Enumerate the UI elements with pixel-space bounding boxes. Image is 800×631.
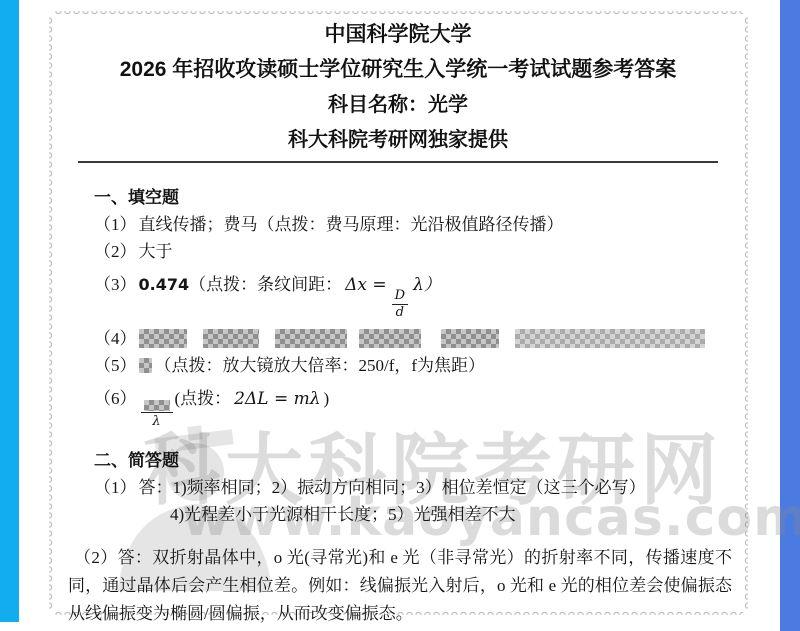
- item-number: （5）: [94, 356, 137, 375]
- fill-in-section-title: 一、填空题: [94, 185, 718, 211]
- short-answer-section: 二、简答题 （1）答：1)频率相同；2）振动方向相同；3）相位差恒定（这三个必写…: [94, 448, 718, 628]
- answer-label: 答：: [139, 478, 173, 497]
- short-answer-section-title: 二、简答题: [94, 448, 718, 474]
- item-number: （1）: [94, 215, 137, 234]
- formula-tail: λ）: [413, 275, 441, 295]
- perforation-border-top: [54, 11, 743, 18]
- item-text: 直线传播；费马（点拨：费马原理：光沿极值路径传播）: [139, 215, 564, 234]
- fraction-denominator: d: [396, 305, 404, 320]
- document-content: 中国科学院大学 2026 年招收攻读硕士学位研究生入学统一考试试题参考答案 科目…: [50, 20, 747, 628]
- short-item-1-line-1: （1）答：1)频率相同；2）振动方向相同；3）相位差恒定（这三个必写）: [94, 474, 718, 501]
- fill-item-3: （3）0.474（点拨：条纹间距：Δx =Ddλ）: [94, 271, 718, 319]
- redacted-block: [515, 329, 705, 348]
- item-number: （2）: [74, 548, 118, 567]
- formula-lhs: Δx =: [345, 275, 387, 295]
- short-item-2: （2）答：双折射晶体中，o 光(寻常光)和 e 光（非寻常光）的折射率不同，传播…: [68, 544, 732, 628]
- item-number: （1）: [94, 478, 137, 497]
- item-text: 大于: [139, 242, 173, 261]
- fraction-denominator: λ: [152, 413, 160, 428]
- fill-item-2: （2）大于: [94, 238, 718, 265]
- answer-text: 双折射晶体中，o 光(寻常光)和 e 光（非寻常光）的折射率不同，传播速度不同，…: [68, 548, 732, 623]
- university-title: 中国科学院大学: [78, 20, 718, 50]
- fill-item-6: （6）λ(点拨：2ΔL = mλ): [94, 385, 718, 428]
- page-background: 科大科院考研网 www.kaoyancas.com 中国科学院大学 2026 年…: [0, 0, 800, 631]
- provider-line: 科大科院考研网独家提供: [78, 125, 718, 155]
- item-hint-close: ): [324, 389, 330, 408]
- redacted-block: [203, 329, 259, 348]
- subject-name: 科目名称：光学: [78, 90, 718, 120]
- answer-sheet-document: 科大科院考研网 www.kaoyancas.com 中国科学院大学 2026 年…: [50, 12, 747, 614]
- fill-in-section: 一、填空题 （1）直线传播；费马（点拨：费马原理：光沿极值路径传播） （2）大于…: [94, 185, 718, 428]
- short-item-1-line-2: 4)光程差小于光源相干长度；5）光强相差不大: [94, 501, 718, 528]
- item-hint: （点拨：放大镜放大倍率：250/f，f为焦距）: [155, 356, 486, 375]
- redacted-block: [441, 329, 499, 348]
- short-item-1: （1）答：1)频率相同；2）振动方向相同；3）相位差恒定（这三个必写） 4)光程…: [94, 474, 718, 528]
- header-divider: [78, 161, 718, 163]
- redacted-block: [144, 400, 170, 411]
- item-hint: (点拨：: [175, 389, 232, 408]
- fill-item-5: （5）（点拨：放大镜放大倍率：250/f，f为焦距）: [94, 352, 718, 379]
- formula: 2ΔL = mλ: [234, 389, 320, 409]
- item-number: （6）: [94, 389, 137, 408]
- fraction-redacted-over-lambda: λ: [141, 400, 173, 428]
- redacted-block: [139, 329, 187, 348]
- document-header: 中国科学院大学 2026 年招收攻读硕士学位研究生入学统一考试试题参考答案 科目…: [78, 20, 718, 155]
- fill-item-4: （4）: [94, 325, 718, 352]
- redacted-block: [359, 329, 421, 348]
- fraction-numerator: [141, 400, 173, 414]
- redacted-block: [139, 358, 152, 373]
- exam-title: 2026 年招收攻读硕士学位研究生入学统一考试试题参考答案: [78, 55, 718, 85]
- item-hint: （点拨：条纹间距：: [189, 275, 342, 294]
- item-answer: 0.474: [139, 275, 190, 294]
- item-number: （2）: [94, 242, 137, 261]
- answer-label: 答：: [118, 548, 153, 567]
- fraction-numerator: D: [392, 289, 408, 305]
- item-number: （3）: [94, 275, 137, 294]
- answer-text: 1)频率相同；2）振动方向相同；3）相位差恒定（这三个必写）: [173, 478, 646, 497]
- fill-item-1: （1）直线传播；费马（点拨：费马原理：光沿极值路径传播）: [94, 211, 718, 238]
- item-number: （4）: [94, 329, 137, 348]
- redacted-block: [275, 329, 347, 348]
- fraction-D-over-d: Dd: [392, 289, 408, 319]
- left-blue-stripe: [0, 0, 19, 622]
